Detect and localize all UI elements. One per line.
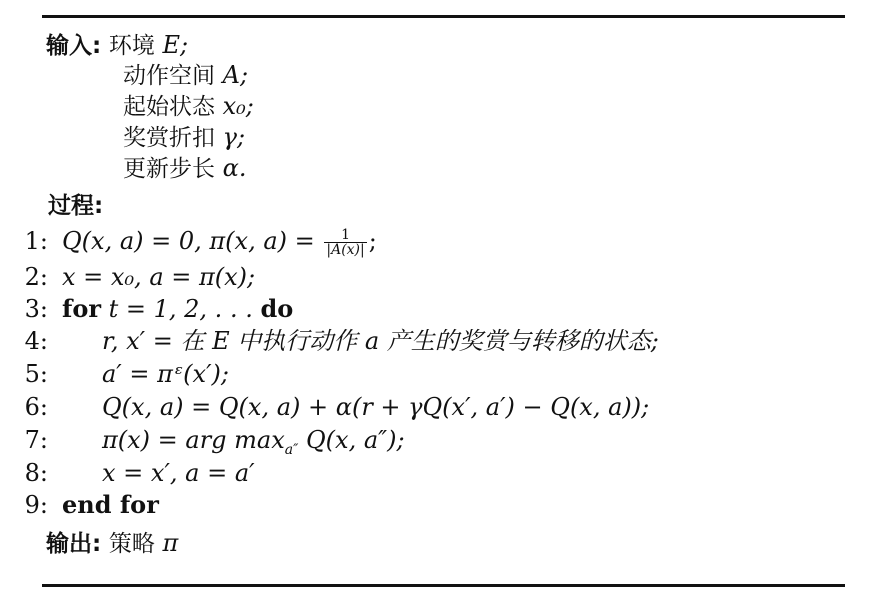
- input-line-5: 更新步长 α.: [123, 153, 246, 184]
- input-line-2: 动作空间 A;: [123, 60, 248, 91]
- keyword-do: do: [260, 294, 293, 323]
- fraction: 1|A(x)|: [324, 228, 366, 257]
- top-rule: [42, 15, 845, 18]
- step-9: 9:end for: [10, 490, 159, 520]
- input-line-1: 输入: 环境 E;: [46, 30, 188, 61]
- step-4: 4:r, x′ = 在 E 中执行动作 a 产生的奖赏与转移的状态;: [10, 326, 659, 356]
- input-label: 输入:: [46, 33, 101, 59]
- step-1: 1:Q(x, a) = 0, π(x, a) = 1|A(x)|;: [10, 226, 377, 257]
- output-line: 输出: 策略 π: [46, 528, 178, 559]
- input-line-4: 奖赏折扣 γ;: [123, 122, 245, 153]
- keyword-end-for: end for: [62, 490, 159, 519]
- output-label: 输出:: [46, 531, 101, 557]
- step-8: 8:x = x′, a = a′: [10, 458, 255, 488]
- process-label: 过程:: [48, 193, 103, 219]
- input-line-3: 起始状态 x₀;: [123, 91, 254, 122]
- process-label-line: 过程:: [48, 190, 103, 221]
- step-6: 6:Q(x, a) = Q(x, a) + α(r + γQ(x′, a′) −…: [10, 392, 649, 422]
- step-2: 2:x = x₀, a = π(x);: [10, 262, 255, 292]
- bottom-rule: [42, 584, 845, 587]
- step-3: 3:for t = 1, 2, . . . do: [10, 294, 293, 324]
- keyword-for: for: [62, 294, 101, 323]
- step-5: 5:a′ = πᵋ(x′);: [10, 359, 229, 389]
